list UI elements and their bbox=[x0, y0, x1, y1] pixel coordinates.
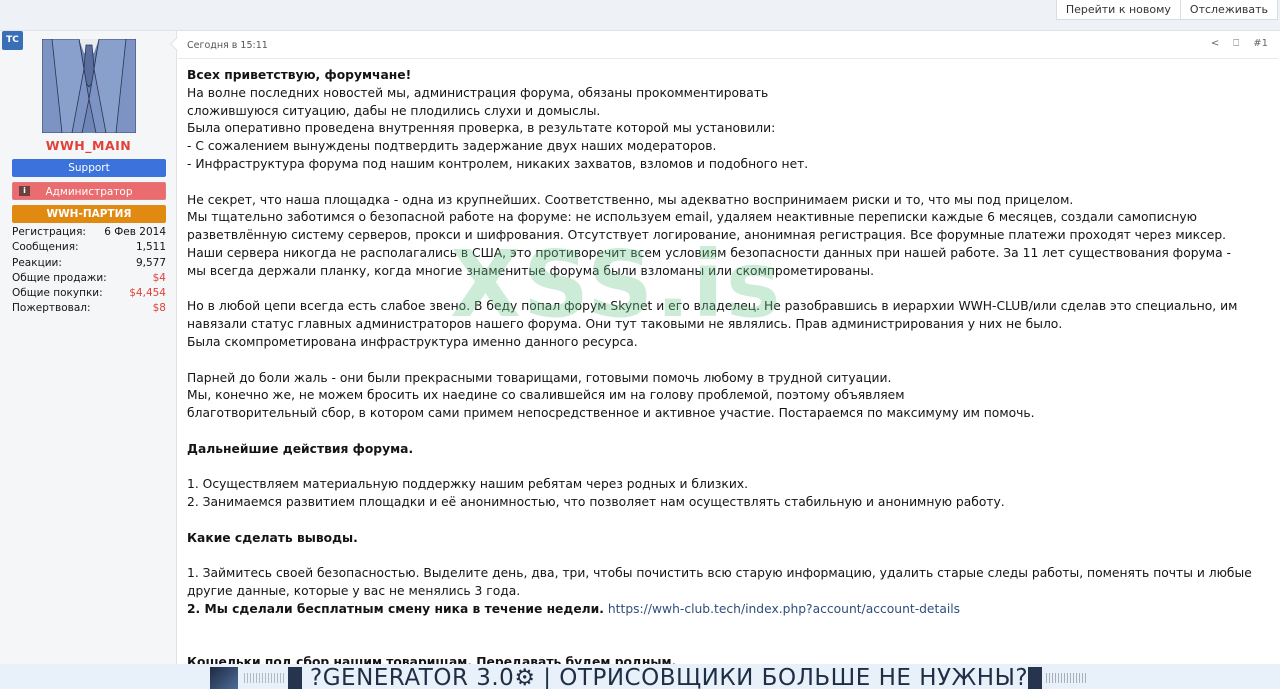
thread-starter-badge: TC bbox=[2, 31, 23, 50]
paragraph-charity: Парней до боли жаль - они были прекрасны… bbox=[187, 370, 1267, 423]
paragraph-security: Не секрет, что наша площадка - одна из к… bbox=[187, 192, 1267, 281]
go-to-new-button[interactable]: Перейти к новому bbox=[1057, 0, 1180, 19]
conclusion-item-2: 2. Мы сделали бесплатным смену ника в те… bbox=[187, 601, 1267, 619]
paragraph-intro: На волне последних новостей мы, админист… bbox=[187, 85, 1267, 174]
stat-value: $4,454 bbox=[129, 286, 166, 301]
support-banner: Support bbox=[12, 159, 166, 177]
thread-actions: Перейти к новому Отслеживать bbox=[1056, 0, 1278, 20]
message-header: Сегодня в 15:11 < ⎕ #1 bbox=[178, 31, 1278, 59]
message-body: Всех приветствую, форумчане! На волне по… bbox=[187, 67, 1267, 672]
advert-banner[interactable]: ?GENERATOR 3.0⚙ | ОТРИСОВЩИКИ БОЛЬШЕ НЕ … bbox=[0, 664, 1280, 689]
stat-label: Пожертвовал: bbox=[12, 301, 91, 316]
account-details-link[interactable]: https://wwh-club.tech/index.php?account/… bbox=[608, 602, 960, 616]
stat-row: Общие покупки:$4,454 bbox=[12, 286, 166, 301]
list-actions: 1. Осуществляем материальную поддержку н… bbox=[187, 476, 1267, 512]
heading-actions: Дальнейшие действия форума. bbox=[187, 442, 413, 456]
party-banner: WWH-ПАРТИЯ bbox=[12, 205, 166, 223]
stat-row: Реакции:9,577 bbox=[12, 256, 166, 271]
bookmark-icon[interactable]: ⎕ bbox=[1233, 38, 1239, 49]
user-info-column: TC WWH_MAIN Support i Администратор WWH-… bbox=[0, 31, 177, 671]
stat-value: 1,511 bbox=[136, 240, 166, 255]
watch-button[interactable]: Отслеживать bbox=[1180, 0, 1277, 19]
stat-value: $4 bbox=[153, 271, 166, 286]
avatar[interactable] bbox=[42, 39, 136, 133]
heading-conclusions: Какие сделать выводы. bbox=[187, 531, 358, 545]
stat-label: Общие покупки: bbox=[12, 286, 103, 301]
banner-decoration bbox=[244, 673, 286, 683]
share-icon[interactable]: < bbox=[1211, 38, 1219, 49]
post-number[interactable]: #1 bbox=[1253, 38, 1268, 49]
stat-value: $8 bbox=[153, 301, 166, 316]
user-stats: Регистрация:6 Фев 2014Сообщения:1,511Реа… bbox=[12, 225, 166, 317]
paragraph-skynet: Но в любой цепи всегда есть слабое звено… bbox=[187, 298, 1267, 351]
admin-banner-label: Администратор bbox=[45, 186, 132, 198]
conclusion-item-1: 1. Займитесь своей безопасностью. Выдели… bbox=[187, 565, 1267, 601]
stat-value: 9,577 bbox=[136, 256, 166, 271]
username[interactable]: WWH_MAIN bbox=[0, 138, 177, 153]
admin-banner: i Администратор bbox=[12, 182, 166, 200]
banner-logo-icon bbox=[210, 667, 238, 689]
post-date[interactable]: Сегодня в 15:11 bbox=[187, 40, 268, 51]
stat-label: Общие продажи: bbox=[12, 271, 107, 286]
conclusion-item-2-text: 2. Мы сделали бесплатным смену ника в те… bbox=[187, 602, 604, 616]
stat-row: Общие продажи:$4 bbox=[12, 271, 166, 286]
stat-row: Сообщения:1,511 bbox=[12, 240, 166, 255]
stat-row: Пожертвовал:$8 bbox=[12, 301, 166, 316]
post-actions: < ⎕ #1 bbox=[1211, 38, 1268, 49]
stat-label: Регистрация: bbox=[12, 225, 86, 240]
banner-decoration bbox=[1046, 673, 1086, 683]
banner-block bbox=[1028, 667, 1042, 689]
stat-row: Регистрация:6 Фев 2014 bbox=[12, 225, 166, 240]
suit-avatar-icon bbox=[42, 39, 136, 133]
forum-post: TC WWH_MAIN Support i Администратор WWH-… bbox=[0, 30, 1280, 670]
info-icon: i bbox=[19, 186, 30, 196]
stat-label: Сообщения: bbox=[12, 240, 79, 255]
banner-block bbox=[288, 667, 302, 689]
greeting: Всех приветствую, форумчане! bbox=[187, 68, 411, 82]
stat-label: Реакции: bbox=[12, 256, 62, 271]
stat-value: 6 Фев 2014 bbox=[104, 225, 166, 240]
top-bar: Перейти к новому Отслеживать bbox=[0, 0, 1280, 22]
banner-text: ?GENERATOR 3.0⚙ | ОТРИСОВЩИКИ БОЛЬШЕ НЕ … bbox=[310, 666, 1028, 689]
